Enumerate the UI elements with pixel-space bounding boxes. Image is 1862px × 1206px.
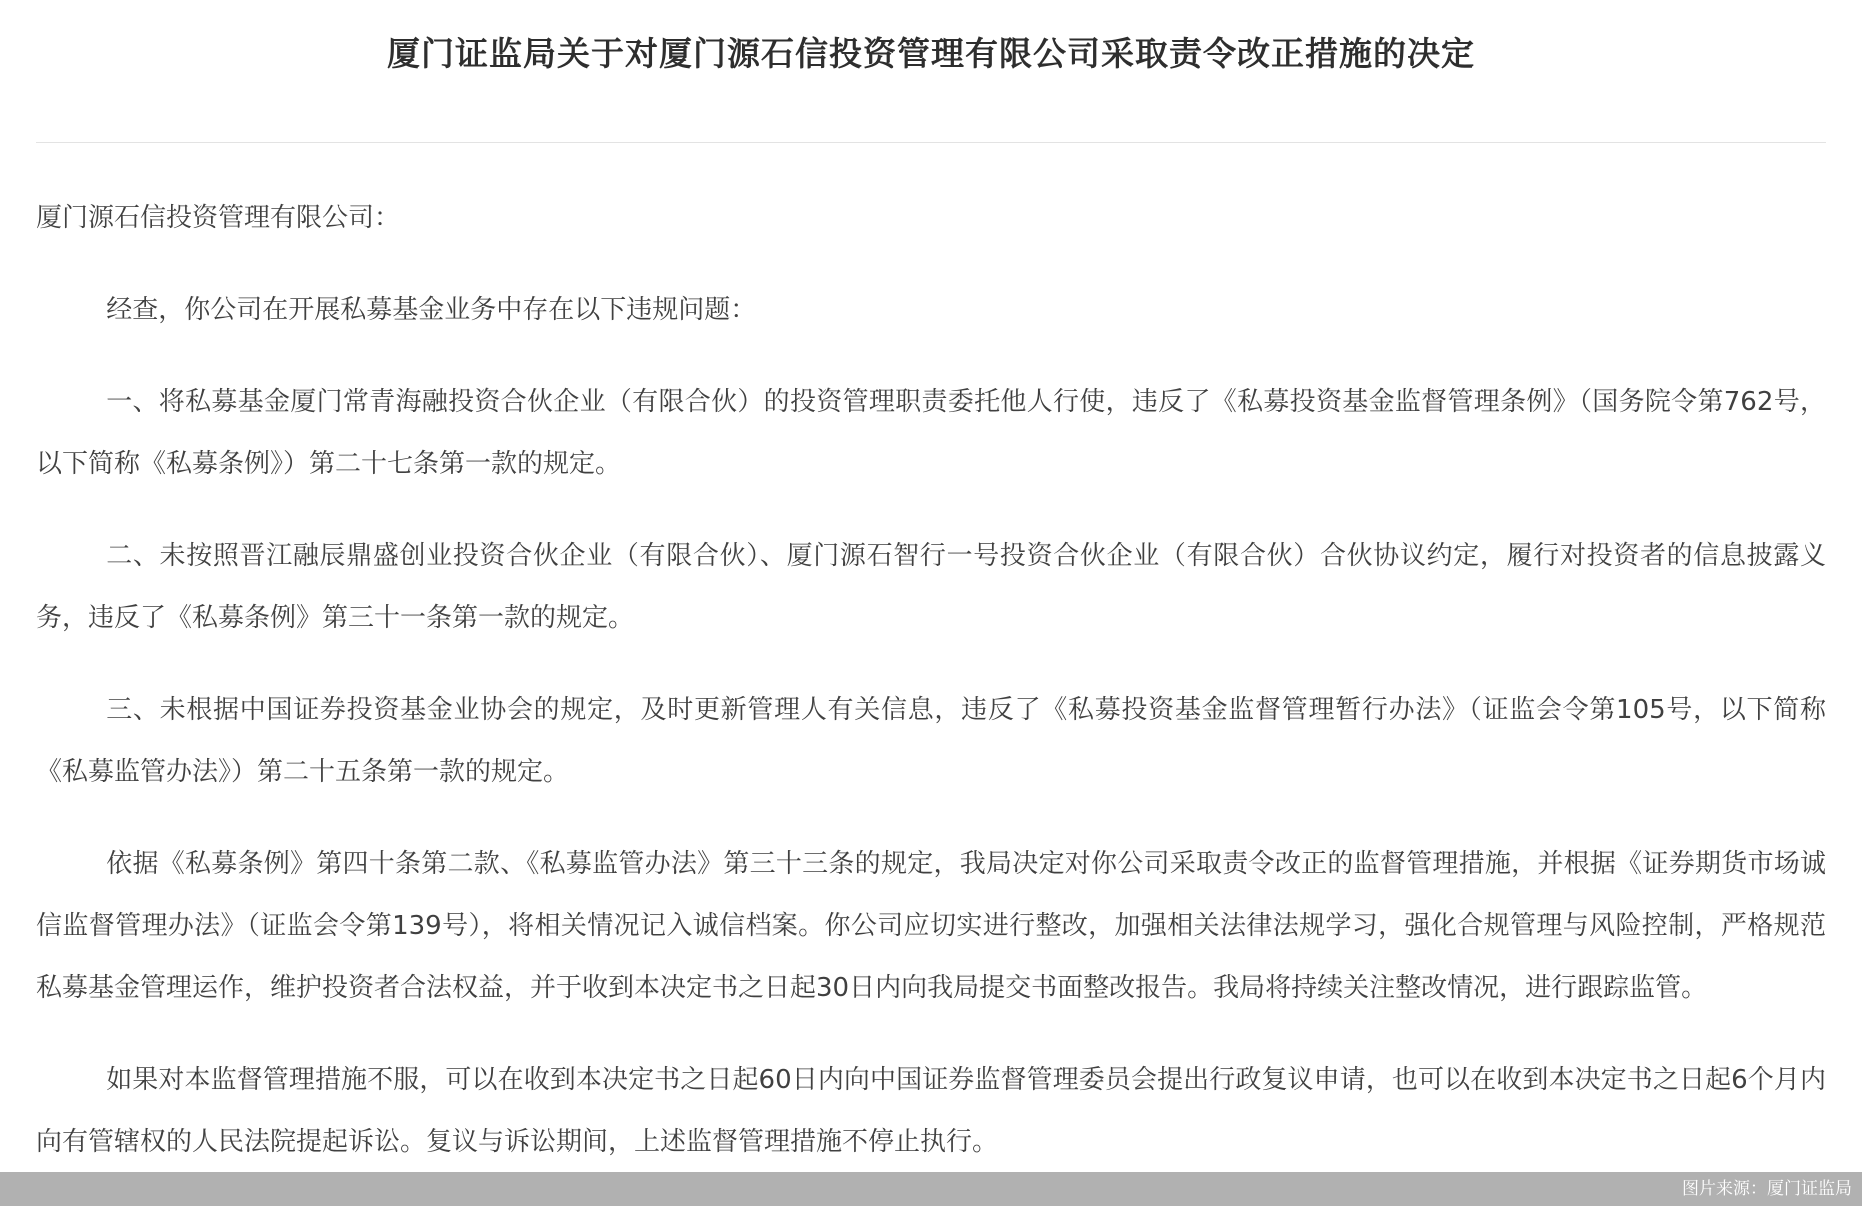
paragraph-violation-2: 二、未按照晋江融辰鼎盛创业投资合伙企业（有限合伙）、厦门源石智行一号投资合伙企业… bbox=[36, 525, 1826, 649]
regulatory-decision-page: { "header": { "title": "厦门证监局关于对厦门源石信投资管… bbox=[0, 0, 1862, 1206]
image-source-bar: 图片来源：厦门证监局 bbox=[0, 1172, 1862, 1206]
paragraph-violation-3: 三、未根据中国证券投资基金业协会的规定，及时更新管理人有关信息，违反了《私募投资… bbox=[36, 679, 1826, 803]
paragraph-intro: 经查，你公司在开展私募基金业务中存在以下违规问题： bbox=[36, 279, 1826, 341]
document-body: 厦门证监局关于对厦门源石信投资管理有限公司采取责令改正措施的决定 厦门源石信投资… bbox=[0, 0, 1862, 1173]
salutation-line: 厦门源石信投资管理有限公司： bbox=[36, 187, 1826, 249]
title-divider bbox=[36, 142, 1826, 143]
paragraph-appeal-rights: 如果对本监督管理措施不服，可以在收到本决定书之日起60日内向中国证券监督管理委员… bbox=[36, 1049, 1826, 1173]
paragraph-decision: 依据《私募条例》第四十条第二款、《私募监管办法》第三十三条的规定，我局决定对你公… bbox=[36, 833, 1826, 1019]
document-title: 厦门证监局关于对厦门源石信投资管理有限公司采取责令改正措施的决定 bbox=[36, 0, 1826, 76]
document-content: 厦门源石信投资管理有限公司： 经查，你公司在开展私募基金业务中存在以下违规问题：… bbox=[36, 187, 1826, 1173]
paragraph-violation-1: 一、将私募基金厦门常青海融投资合伙企业（有限合伙）的投资管理职责委托他人行使，违… bbox=[36, 371, 1826, 495]
